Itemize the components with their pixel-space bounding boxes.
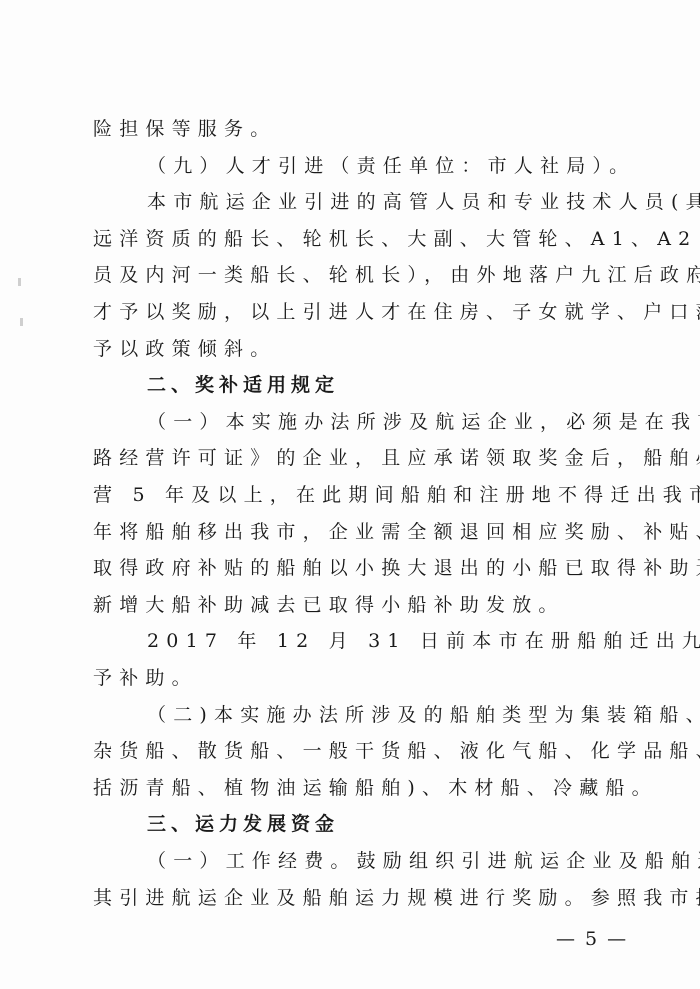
document-page: 险担保等服务。 （九）人才引进（责任单位：市人社局）。 本市航运企业引进的高管人… (0, 0, 700, 989)
text-line: 路经营许可证》的企业，且应承诺领取奖金后，船舶必须连续经 (93, 445, 638, 471)
text-line: 取得政府补贴的船舶以小换大退出的小船已取得补助无需退还， (93, 555, 638, 581)
text-line: 2017 年 12 月 31 日前本市在册船舶迁出九江籍再迁入的不 (147, 628, 638, 654)
text-line: 才予以奖励，以上引进人才在住房、子女就学、户口落户等方面 (93, 299, 638, 325)
text-line: 远洋资质的船长、轮机长、大副、大管轮、A1、A2 无线电操作 (93, 226, 638, 252)
text-line: 险担保等服务。 (93, 116, 638, 142)
text-line: 年将船舶移出我市，企业需全额退回相应奖励、补贴、补助。已 (93, 519, 638, 545)
text-line: 杂货船、散货船、一般干货船、液化气船、化学品船、油船（包 (93, 738, 638, 764)
text-line: （一）工作经费。鼓励组织引进航运企业及船舶运力,并按 (147, 848, 638, 874)
text-line: 员及内河一类船长、轮机长），由外地落户九江后政府按特殊人 (93, 262, 638, 288)
scan-artifact (20, 318, 23, 326)
section-heading: 三、运力发展资金 (147, 811, 638, 837)
section-item-heading: （九）人才引进（责任单位：市人社局）。 (147, 153, 638, 179)
text-line: 本市航运企业引进的高管人员和专业技术人员(具有沿海及 (147, 189, 638, 215)
page-number: — 5 — (556, 928, 628, 950)
text-line: 予以政策倾斜。 (93, 336, 638, 362)
text-line: 括沥青船、植物油运输船舶)、木材船、冷藏船。 (93, 775, 638, 801)
text-line: 予补助。 (93, 665, 638, 691)
text-line: （一）本实施办法所涉及航运企业，必须是在我市取得《水 (147, 409, 638, 435)
text-line: 其引进航运企业及船舶运力规模进行奖励。参照我市招商引资奖 (93, 885, 638, 911)
text-line: （二)本实施办法所涉及的船舶类型为集装箱船、多用途船、 (147, 702, 638, 728)
text-line: 营 5 年及以上，在此期间船舶和注册地不得迁出我市。若未满 5 (93, 482, 638, 508)
section-heading: 二、奖补适用规定 (147, 372, 638, 398)
scan-artifact (18, 278, 21, 286)
text-line: 新增大船补助减去已取得小船补助发放。 (93, 592, 638, 618)
